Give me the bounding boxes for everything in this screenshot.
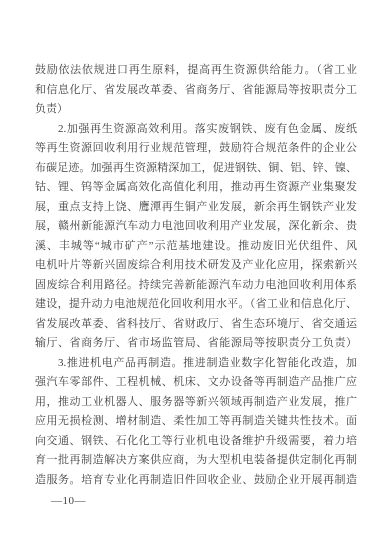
text-line: 造服务。培育专业化再制造旧件回收企业、鼓励企业开展再制造 xyxy=(35,471,357,491)
document-page: 鼓励依法依规进口再生原料，提高再生资源供给能力。（省工业和信息化厅、省发展改革委… xyxy=(0,0,390,551)
text-line: 育一批再制造解决方案供应商，为大型机电装备提供定制化再制 xyxy=(35,451,357,471)
text-line: 3.推进机电产品再制造。推进制造业数字化智能化改造，加 xyxy=(35,354,357,374)
text-line: 展，重点支持上饶、鹰潭再生铜产业发展，新余再生钢铁产业发 xyxy=(35,198,357,218)
text-line: 固废综合利用路径。持续完善新能源汽车动力电池回收利用体系 xyxy=(35,276,357,296)
text-line: 布碳足迹。加强再生资源精深加工，促进钢铁、铜、铝、锌、镍、 xyxy=(35,159,357,179)
text-line: 鼓励依法依规进口再生原料，提高再生资源供给能力。（省工业 xyxy=(35,61,357,81)
text-line: 2.加强再生资源高效利用。落实废钢铁、废有色金属、废纸 xyxy=(35,120,357,140)
text-line: 应用无损检测、增材制造、柔性加工等再制造关键共性技术。面 xyxy=(35,412,357,432)
text-line: 和信息化厅、省发展改革委、省商务厅、省能源局等按职责分工 xyxy=(35,81,357,101)
text-line: 建设，提升动力电池规范化回收利用水平。（省工业和信息化厅、 xyxy=(35,295,357,315)
text-line: 省发展改革委、省科技厅、省财政厅、省生态环境厅、省交通运 xyxy=(35,315,357,335)
text-line: 输厅、省商务厅、省市场监管局、省能源局等按职责分工负责） xyxy=(35,334,357,354)
document-lines: 鼓励依法依规进口再生原料，提高再生资源供给能力。（省工业和信息化厅、省发展改革委… xyxy=(35,61,357,490)
text-line: 向交通、钢铁、石化化工等行业机电设备维护升级需要，着力培 xyxy=(35,432,357,452)
text-line: 强汽车零部件、工程机械、机床、文办设备等再制造产品推广应 xyxy=(35,373,357,393)
text-line: 电机叶片等新兴固废综合利用技术研发及产业化应用，探索新兴 xyxy=(35,256,357,276)
text-line: 负责） xyxy=(35,100,357,120)
page-number: —10— xyxy=(51,494,86,508)
text-line: 展，赣州新能源汽车动力电池回收利用产业发展，深化新余、贵 xyxy=(35,217,357,237)
text-line: 溪、丰城等“城市矿产”示范基地建设。推动废旧光伏组件、风 xyxy=(35,237,357,257)
text-line: 钴、锂、钨等金属高效化高值化利用，推动再生资源产业集聚发 xyxy=(35,178,357,198)
text-line: 等再生资源回收利用行业规范管理，鼓励符合规范条件的企业公 xyxy=(35,139,357,159)
text-line: 用，推动工业机器人、服务器等新兴领域再制造产业发展，推广 xyxy=(35,393,357,413)
